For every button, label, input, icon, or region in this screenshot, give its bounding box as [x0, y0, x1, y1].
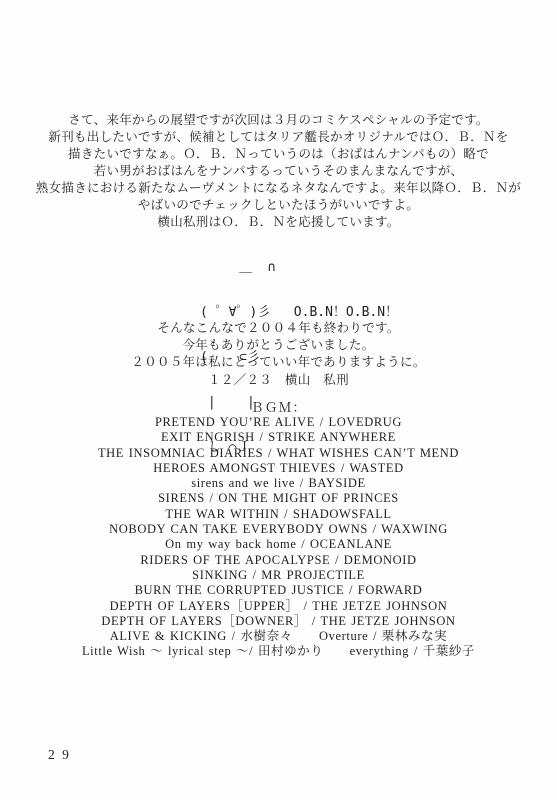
afterword-line: 熟女描きにおける新たなムーヴメントになるネタなんですよ。来年以降Ｏ．Ｂ．Ｎが [0, 180, 557, 197]
bgm-track: DEPTH OF LAYERS［DOWNER］ / THE JETZE JOHN… [0, 614, 557, 629]
ascii-art-line: ( ゜∀゜)彡 O.B.N！O.B.N！ [200, 305, 398, 320]
afterword-line: 横山私刑はＯ．Ｂ．Ｎを応援しています。 [0, 214, 557, 231]
bgm-track: THE WAR WITHIN / SHADOWSFALL [0, 507, 557, 522]
afterword-line: やばいのでチェックしといたほうがいいですよ。 [0, 197, 557, 214]
bgm-track: On my way back home / OCEANLANE [0, 537, 557, 552]
signature-date-line: １２／２３ 横山 私刑 [0, 372, 557, 389]
closing-message: そんなこんなで２００４年も終わりです。 今年もありがとうございました。 ２００５… [0, 320, 557, 389]
bgm-track: THE INSOMNIAC DIARIES / WHAT WISHES CAN’… [0, 446, 557, 461]
ascii-art-line: ＿ ∩ [200, 260, 398, 275]
bgm-track: sirens and we live / BAYSIDE [0, 476, 557, 491]
bgm-track: HEROES AMONGST THIEVES / WASTED [0, 461, 557, 476]
closing-line: そんなこんなで２００４年も終わりです。 [0, 320, 557, 337]
bgm-track-list: PRETEND YOU’RE ALIVE / LOVEDRUG EXIT ENG… [0, 415, 557, 660]
bgm-track: Little Wish ～ lyrical step ～/ 田村ゆかり ever… [0, 644, 557, 659]
afterword-line: さて、来年からの展望ですが次回は３月のコミケスペシャルの予定です。 [0, 112, 557, 129]
bgm-track: ALIVE & KICKING / 水樹奈々 Overture / 栗林みな実 [0, 629, 557, 644]
afterword-page: さて、来年からの展望ですが次回は３月のコミケスペシャルの予定です。 新刊も出した… [0, 0, 557, 800]
bgm-track: BURN THE CORRUPTED JUSTICE / FORWARD [0, 583, 557, 598]
bgm-track: NOBODY CAN TAKE EVERYBODY OWNS / WAXWING [0, 522, 557, 537]
afterword-line: 若い男がおばはんをナンパするっていうそのまんまなんですが、 [0, 163, 557, 180]
bgm-track: RIDERS OF THE APOCALYPSE / DEMONOID [0, 553, 557, 568]
afterword-paragraph: さて、来年からの展望ですが次回は３月のコミケスペシャルの予定です。 新刊も出した… [0, 112, 557, 231]
afterword-line: 新刊も出したいですが、候補としてはタリア艦長かオリジナルではＯ．Ｂ．Ｎを [0, 129, 557, 146]
bgm-track: SINKING / MR PROJECTILE [0, 568, 557, 583]
bgm-track: EXIT ENGRISH / STRIKE ANYWHERE [0, 430, 557, 445]
bgm-track: SIRENS / ON THE MIGHT OF PRINCES [0, 491, 557, 506]
afterword-line: 描きたいですなぁ。Ｏ．Ｂ．Ｎっていうのは（おばはんナンパもの）略で [0, 146, 557, 163]
bgm-track: PRETEND YOU’RE ALIVE / LOVEDRUG [0, 415, 557, 430]
closing-line: ２００５年は私にとっていい年でありますように。 [0, 354, 557, 371]
page-number: 2 9 [48, 747, 71, 763]
closing-line: 今年もありがとうございました。 [0, 337, 557, 354]
bgm-heading: ＢＧＭ： [0, 397, 557, 416]
bgm-track: DEPTH OF LAYERS［UPPER］ / THE JETZE JOHNS… [0, 599, 557, 614]
